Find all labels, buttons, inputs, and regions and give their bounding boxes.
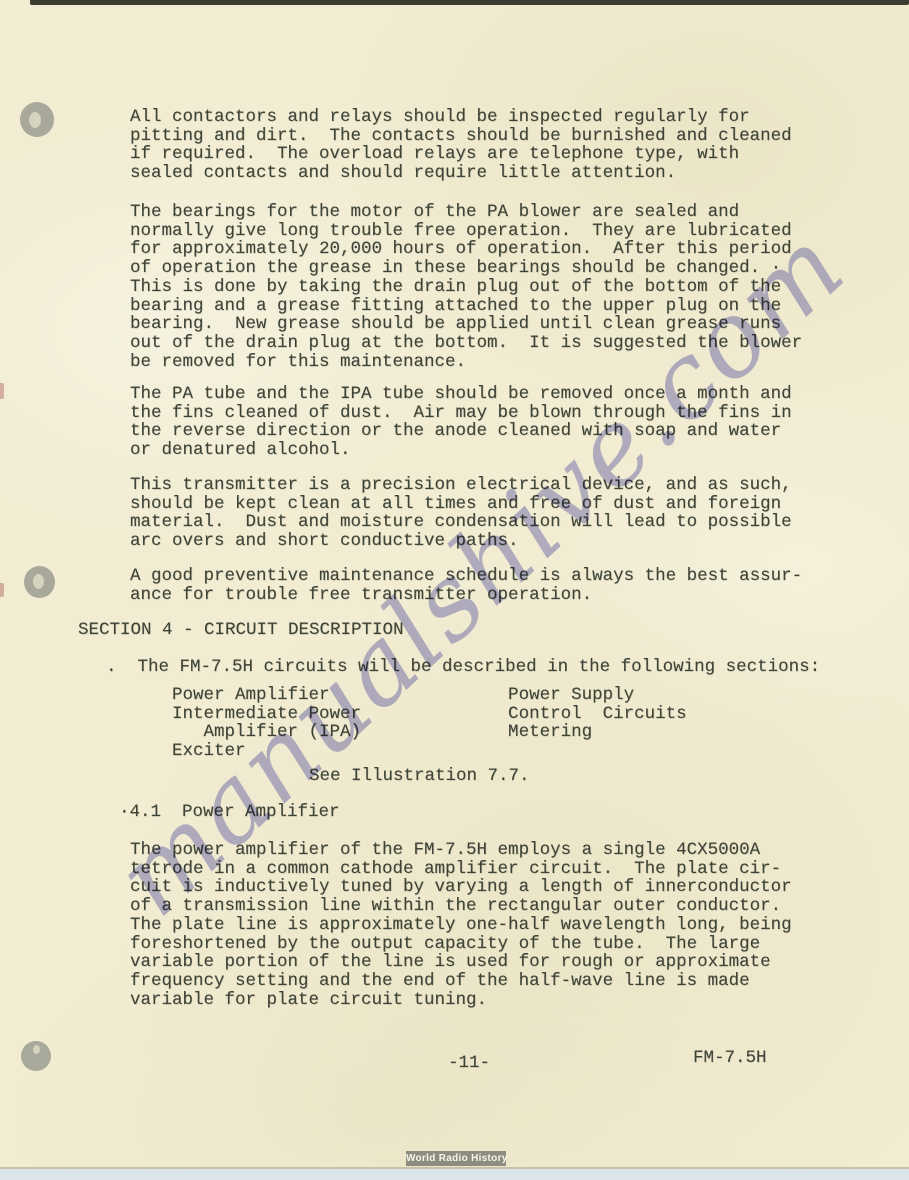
page-number: -11- <box>448 1054 490 1073</box>
para-blower-bearings: The bearings for the motor of the PA blo… <box>130 203 802 371</box>
hole-punch-mark <box>24 566 55 598</box>
section-intro-line: . The FM-7.5H circuits will be described… <box>106 658 820 677</box>
hole-punch-highlight <box>33 1045 40 1054</box>
hole-punch-highlight <box>33 574 44 589</box>
para-preventive-maintenance: A good preventive maintenance schedule i… <box>130 567 802 604</box>
para-tube-cleaning: The PA tube and the IPA tube should be r… <box>130 385 792 460</box>
scan-edge-artifact <box>0 383 4 399</box>
section-4-heading: SECTION 4 - CIRCUIT DESCRIPTION <box>78 621 404 640</box>
scan-edge-artifact <box>0 583 4 597</box>
para-power-amplifier-description: The power amplifier of the FM-7.5H emplo… <box>130 841 792 1009</box>
circuit-sections-list: Power Amplifier Power Supply Intermediat… <box>130 686 687 761</box>
hole-punch-mark <box>21 1041 51 1071</box>
hole-punch-mark <box>20 102 54 137</box>
see-illustration-note: See Illustration 7.7. <box>309 767 530 786</box>
subsection-4-1-heading: ·4.1 Power Amplifier <box>119 803 340 822</box>
scan-top-edge <box>30 0 909 5</box>
world-radio-history-badge: World Radio History <box>406 1151 506 1166</box>
scanned-manual-page: All contactors and relays should be insp… <box>0 0 909 1180</box>
para-contactors-relays: All contactors and relays should be insp… <box>130 108 792 183</box>
para-precision-device: This transmitter is a precision electric… <box>130 476 792 551</box>
doc-id: FM-7.5H <box>693 1049 767 1068</box>
scanner-bed-strip <box>0 1169 909 1180</box>
hole-punch-highlight <box>29 112 41 128</box>
